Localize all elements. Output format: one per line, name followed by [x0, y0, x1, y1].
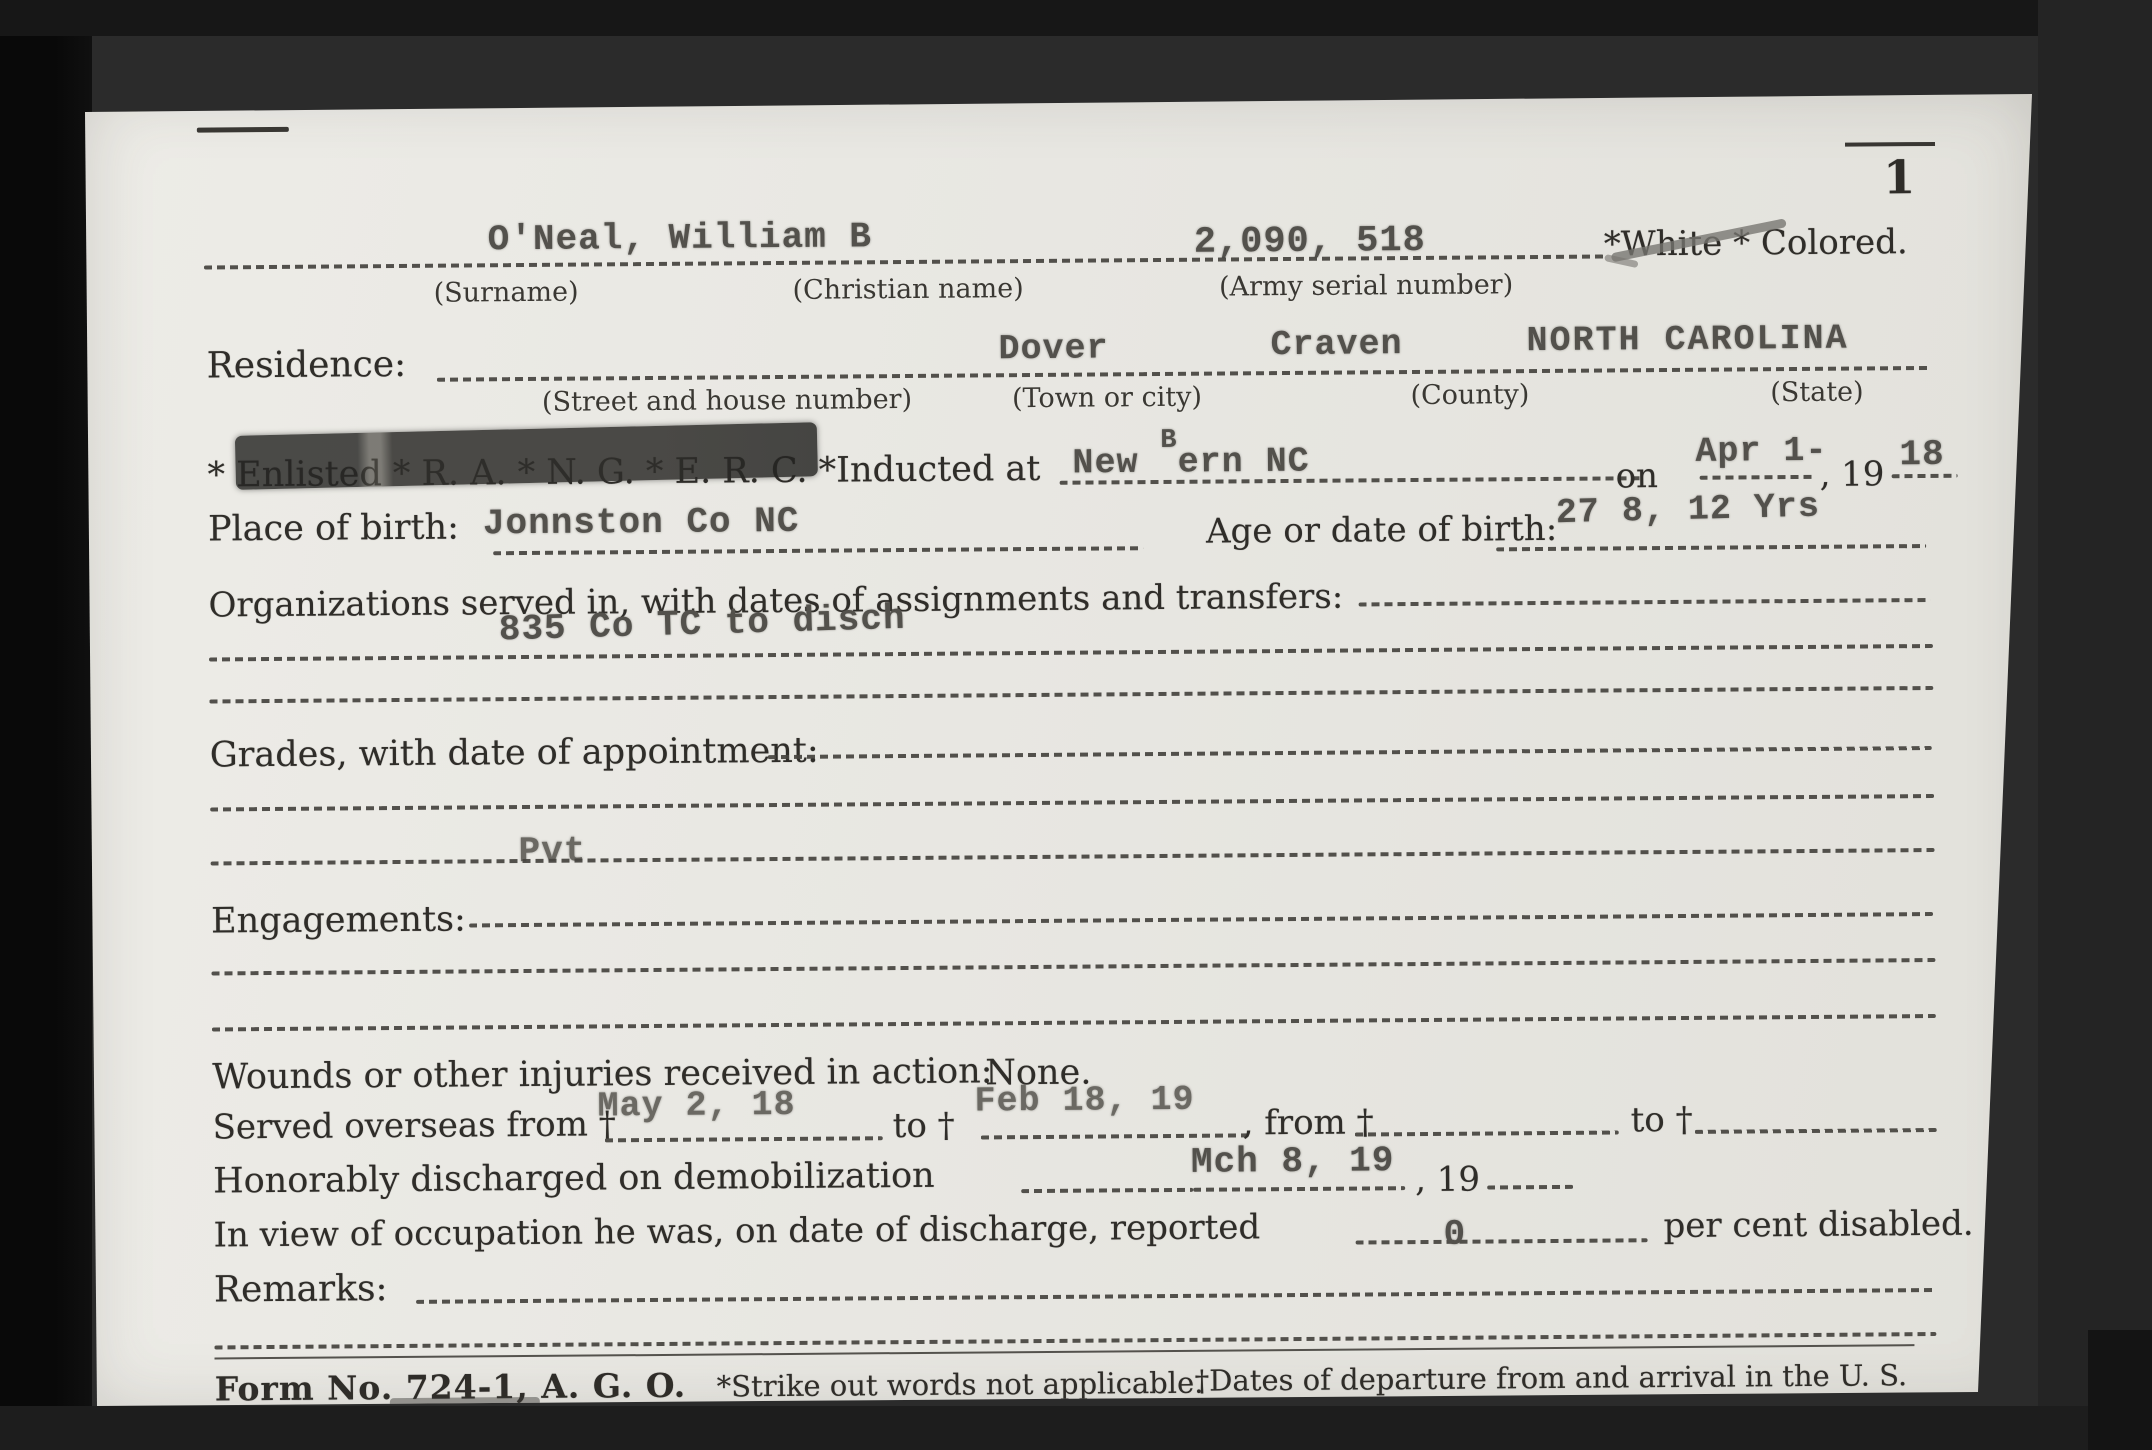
organizations-fill-line-3: [209, 686, 1933, 704]
footer-note-dagger: †Dates of departure from and arrival in …: [1195, 1358, 1908, 1398]
residence-label: Residence:: [207, 344, 407, 387]
age-value: 27 8, 12 Yrs: [1555, 487, 1820, 534]
engagements-fill-line-3: [212, 1014, 1936, 1032]
organizations-fill-line-2: [209, 644, 1933, 662]
inducted-at-value: New Bern NC: [1072, 437, 1310, 484]
photo-left-black-band: [0, 0, 92, 1450]
overseas-to1-fill-line: [981, 1133, 1249, 1139]
overseas-from2-label: , from †: [1243, 1102, 1374, 1143]
state-caption: (State): [1717, 376, 1917, 409]
percent-disabled-label: per cent disabled.: [1663, 1204, 1973, 1246]
inducted-at-post: ern NC: [1178, 442, 1310, 483]
inducted-at-pre: New: [1072, 443, 1160, 484]
grades-label: Grades, with date of appointment:: [210, 731, 819, 776]
discharged-label: Honorably discharged on demobilization: [213, 1156, 935, 1202]
induction-year-value: 18: [1899, 434, 1945, 475]
discharged-date-value: Mch 8, 19: [1191, 1140, 1395, 1183]
discharged-fill-line-2: [1193, 1186, 1405, 1192]
page-number: 1: [1883, 150, 1915, 204]
disability-percent-value: 0: [1443, 1214, 1466, 1255]
residence-county-value: Craven: [1270, 324, 1402, 365]
engagements-fill-line-1: [469, 912, 1933, 927]
grades-fill-line-3: [211, 848, 1935, 866]
induction-date-fill-line: [1700, 475, 1816, 480]
remarks-label: Remarks:: [214, 1268, 388, 1310]
inducted-at-raised-letter: B: [1160, 426, 1177, 456]
residence-state-value: NORTH CAROLINA: [1526, 319, 1848, 362]
engagements-fill-line-2: [211, 958, 1935, 976]
surname-caption: (Surname): [406, 276, 606, 309]
scanned-card-photo: { "page": { "number": "1" }, "header": {…: [0, 0, 2152, 1450]
place-of-birth-fill-line: [493, 546, 1143, 555]
remarks-fill-line-1: [416, 1288, 1936, 1304]
residence-town-value: Dover: [998, 328, 1108, 369]
top-left-dash-mark: [197, 127, 289, 133]
place-of-birth-label: Place of birth:: [208, 508, 459, 550]
place-of-birth-value: Jonnston Co NC: [483, 501, 800, 544]
organizations-fill-line-1: [1359, 598, 1931, 606]
race-colored-label: Colored.: [1761, 222, 1908, 263]
overseas-from2-fill-line: [1355, 1130, 1619, 1136]
disability-fill-line: [1356, 1238, 1648, 1244]
photo-top-black-band: [0, 0, 2152, 36]
overseas-to2-fill-line: [1695, 1128, 1937, 1134]
discharged-year-label: , 19: [1415, 1160, 1480, 1201]
footer-note-strike-out: *Strike out words not applicable.: [717, 1366, 1204, 1404]
town-caption: (Town or city): [982, 381, 1232, 414]
page-number-rule: [1845, 142, 1935, 147]
age-label: Age or date of birth:: [1206, 509, 1557, 552]
residence-fill-line: [437, 366, 1929, 382]
overseas-from1-value: May 2, 18: [597, 1085, 795, 1127]
surname-christian-name-value: O'Neal, William B: [488, 216, 873, 260]
served-overseas-label: Served overseas from †: [213, 1104, 616, 1147]
induction-year-fill-line: [1892, 474, 1958, 479]
engagements-label: Engagements:: [211, 900, 466, 942]
photo-right-background: [2038, 0, 2152, 1450]
photo-corner-shadow: [2088, 1330, 2152, 1450]
army-serial-caption: (Army serial number): [1216, 269, 1516, 302]
county-caption: (County): [1370, 379, 1570, 412]
disability-label: In view of occupation he was, on date of…: [213, 1207, 1260, 1255]
overseas-to1-label: to †: [893, 1106, 955, 1146]
induction-date-value: Apr 1-: [1695, 431, 1827, 472]
street-caption: (Street and house number): [542, 385, 842, 418]
overseas-from1-fill-line: [605, 1136, 883, 1142]
grade-value: Pvt: [518, 831, 586, 873]
photo-bottom-background: [0, 1406, 2152, 1450]
christian-name-caption: (Christian name): [783, 273, 1033, 306]
year-19-label: , 19: [1819, 454, 1884, 495]
age-fill-line: [1496, 544, 1926, 551]
discharged-fill-line-1: [1021, 1188, 1193, 1193]
overseas-to1-value: Feb 18, 19: [974, 1080, 1194, 1122]
discharged-fill-line-3: [1487, 1185, 1573, 1190]
overseas-to2-label: to †: [1631, 1100, 1693, 1140]
service-record-card: 1 O'Neal, William B 2,090, 518 *White * …: [85, 90, 2035, 1412]
card-content: 1 O'Neal, William B 2,090, 518 *White * …: [85, 75, 2045, 1412]
grades-fill-line-1: [768, 746, 1932, 759]
grades-fill-line-2: [210, 794, 1934, 812]
